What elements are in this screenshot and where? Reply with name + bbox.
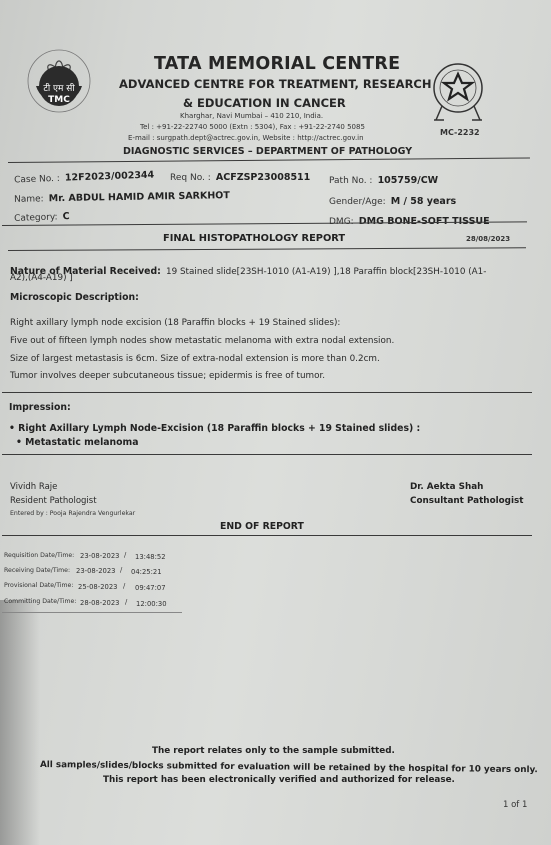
impression-line: • Right Axillary Lymph Node-Excision (18…	[9, 423, 420, 434]
institution-subtitle-1: ADVANCED CENTRE FOR TREATMENT, RESEARCH	[119, 77, 431, 91]
provisional-time: 09:47:07	[135, 584, 166, 592]
slash: /	[123, 582, 125, 590]
tmc-logo: टी एम सी TMC	[26, 48, 92, 114]
receiving-time: 04:25:21	[131, 568, 162, 576]
requisition-label: Requisition Date/Time:	[4, 552, 74, 559]
accreditation-seal-icon	[428, 62, 488, 124]
committing-time: 12:00:30	[136, 600, 167, 608]
receiving-label: Receiving Date/Time:	[4, 567, 70, 574]
slash: /	[120, 566, 122, 574]
divider	[8, 247, 526, 251]
svg-text:टी एम सी: टी एम सी	[43, 82, 75, 94]
entered-by: Entered by : Pooja Rajendra Vengurlekar	[10, 510, 135, 517]
footer-line-2: All samples/slides/blocks submitted for …	[40, 760, 538, 775]
page-shadow	[0, 600, 40, 845]
resident-name: Vividh Raje	[10, 482, 57, 492]
phone-fax: Tel : +91-22-22740 5000 (Extn : 5304), F…	[140, 123, 365, 131]
department-name: DIAGNOSTIC SERVICES – DEPARTMENT OF PATH…	[123, 146, 412, 157]
path-number: Path No. : 105759/CW	[329, 168, 438, 187]
divider	[2, 392, 532, 393]
footer-line-1: The report relates only to the sample su…	[152, 746, 395, 756]
micro-line: Right axillary lymph node excision (18 P…	[10, 318, 340, 328]
receiving-date: 23-08-2023	[76, 567, 116, 575]
impression-heading: Impression:	[9, 402, 71, 413]
micro-line: Size of largest metastasis is 6cm. Size …	[10, 354, 380, 364]
provisional-label: Provisional Date/Time:	[4, 582, 73, 589]
request-number: Req No. : ACFZSP23008511	[170, 165, 310, 184]
accreditation-code: MC-2232	[440, 128, 480, 137]
impression-diagnosis: • Metastatic melanoma	[16, 437, 139, 448]
material-received-cont: A2),(A4-A19) ]	[10, 273, 73, 283]
slash: /	[124, 551, 126, 559]
micro-line: Tumor involves deeper subcutaneous tissu…	[10, 371, 325, 381]
gender-age: Gender/Age: M / 58 years	[329, 189, 456, 208]
institution-subtitle-2: & EDUCATION IN CANCER	[183, 96, 346, 110]
divider	[2, 612, 182, 613]
consultant-name: Dr. Aekta Shah	[410, 482, 483, 492]
micro-line: Five out of fifteen lymph nodes show met…	[10, 336, 394, 346]
svg-text:TMC: TMC	[48, 95, 70, 105]
report-title: FINAL HISTOPATHOLOGY REPORT	[163, 233, 345, 244]
email-website: E-mail : surgpath.dept@actrec.gov.in, We…	[128, 134, 364, 142]
category: Category: C	[14, 204, 70, 225]
dmg: DMG: DMG BONE-SOFT TISSUE	[329, 209, 490, 228]
requisition-date: 23-08-2023	[80, 552, 120, 560]
divider	[8, 157, 530, 163]
case-number: Case No. : 12F2023/002344	[14, 163, 155, 187]
report-date: 28/08/2023	[466, 235, 510, 243]
divider	[2, 535, 532, 536]
consultant-title: Consultant Pathologist	[410, 496, 523, 506]
patient-name: Name: Mr. ABDUL HAMID AMIR SARKHOT	[14, 183, 230, 206]
address: Kharghar, Navi Mumbai – 410 210, India.	[180, 112, 323, 120]
microscopic-heading: Microscopic Description:	[10, 292, 139, 303]
committing-date: 28-08-2023	[80, 599, 120, 607]
resident-title: Resident Pathologist	[10, 496, 97, 506]
slash: /	[125, 598, 127, 606]
institution-title: TATA MEMORIAL CENTRE	[154, 54, 400, 74]
requisition-time: 13:48:52	[135, 553, 166, 561]
page-number: 1 of 1	[503, 800, 527, 810]
divider	[2, 454, 532, 455]
provisional-date: 25-08-2023	[78, 583, 118, 591]
footer-line-3: This report has been electronically veri…	[103, 775, 455, 785]
end-of-report: END OF REPORT	[220, 521, 304, 532]
material-received: Nature of Material Received: 19 Stained …	[10, 259, 486, 278]
committing-label: Committing Date/Time:	[4, 598, 76, 605]
